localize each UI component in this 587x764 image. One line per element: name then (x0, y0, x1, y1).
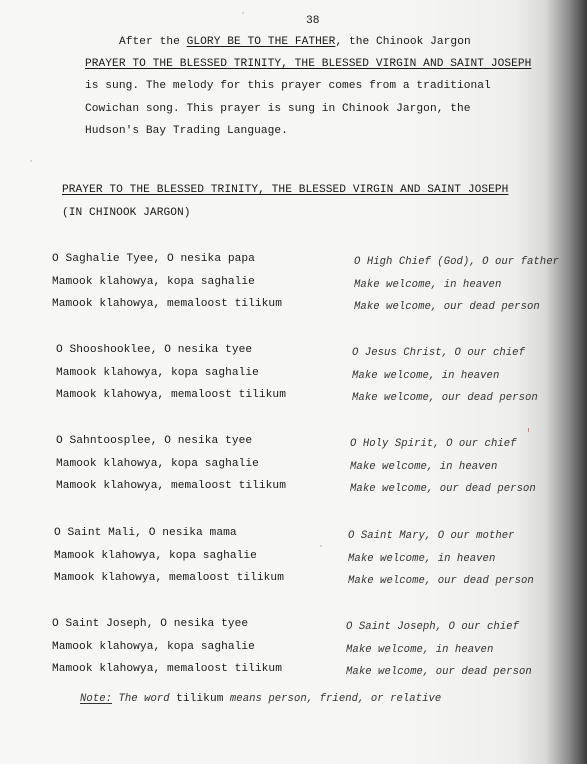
english-translation-line: O High Chief (God), O our father (354, 256, 559, 268)
chinook-line: Mamook klahowya, kopa saghalie (52, 641, 255, 653)
english-translation-line: Make welcome, in heaven (350, 461, 497, 473)
english-translation-line: Make welcome, in heaven (348, 553, 495, 565)
glory-be-reference: GLORY BE TO THE FATHER (187, 36, 336, 48)
note-word: tilikum (176, 693, 223, 705)
chinook-line: O Sahntoosplee, O nesika tyee (56, 435, 252, 447)
scan-speck (528, 428, 529, 432)
english-translation-line: Make welcome, in heaven (354, 279, 501, 291)
english-translation-line: Make welcome, our dead person (348, 575, 534, 587)
prayer-heading: PRAYER TO THE BLESSED TRINITY, THE BLESS… (62, 184, 508, 196)
english-translation-line: O Saint Joseph, O our chief (346, 621, 519, 633)
chinook-line: Mamook klahowya, memaloost tilikum (52, 298, 282, 310)
chinook-line: Mamook klahowya, kopa saghalie (52, 276, 255, 288)
english-translation-line: Make welcome, our dead person (352, 392, 538, 404)
english-translation-line: Make welcome, in heaven (346, 644, 493, 656)
english-translation-line: O Saint Mary, O our mother (348, 530, 515, 542)
chinook-line: Mamook klahowya, kopa saghalie (56, 458, 259, 470)
chinook-line: O Saghalie Tyee, O nesika papa (52, 253, 255, 265)
chinook-line: Mamook klahowya, memaloost tilikum (56, 480, 286, 492)
intro-line-4: Cowichan song. This prayer is sung in Ch… (85, 103, 471, 115)
chinook-line: Mamook klahowya, memaloost tilikum (52, 663, 282, 675)
document-page: 38 After the GLORY BE TO THE FATHER, the… (0, 0, 587, 764)
note-label: Note: (80, 693, 112, 705)
intro-line-5: Hudson's Bay Trading Language. (85, 125, 288, 137)
chinook-line: Mamook klahowya, memaloost tilikum (54, 572, 284, 584)
note-text: means person, friend, or relative (223, 693, 441, 705)
chinook-line: O Saint Joseph, O nesika tyee (52, 618, 248, 630)
footnote: Note: The word tilikum means person, fri… (80, 693, 441, 705)
english-translation-line: O Holy Spirit, O our chief (350, 438, 517, 450)
note-text: The word (112, 693, 176, 705)
chinook-line: Mamook klahowya, memaloost tilikum (56, 389, 286, 401)
prayer-subheading: (IN CHINOOK JARGON) (62, 207, 191, 219)
scan-speck (30, 160, 32, 162)
page-number: 38 (306, 15, 320, 27)
english-translation-line: Make welcome, our dead person (346, 666, 532, 678)
english-translation-line: O Jesus Christ, O our chief (352, 347, 525, 359)
chinook-line: Mamook klahowya, kopa saghalie (56, 367, 259, 379)
intro-prayer-title: PRAYER TO THE BLESSED TRINITY, THE BLESS… (85, 58, 531, 70)
english-translation-line: Make welcome, our dead person (350, 483, 536, 495)
intro-text: After the (119, 36, 187, 48)
english-translation-line: Make welcome, our dead person (354, 301, 540, 313)
scan-speck (242, 12, 244, 14)
chinook-line: O Saint Mali, O nesika mama (54, 527, 237, 539)
english-translation-line: Make welcome, in heaven (352, 370, 499, 382)
chinook-line: Mamook klahowya, kopa saghalie (54, 550, 257, 562)
intro-line-3: is sung. The melody for this prayer come… (85, 80, 491, 92)
intro-line-1: After the GLORY BE TO THE FATHER, the Ch… (119, 36, 471, 48)
intro-text: , the Chinook Jargon (335, 36, 470, 48)
chinook-line: O Shooshooklee, O nesika tyee (56, 344, 252, 356)
scan-speck (320, 545, 322, 547)
